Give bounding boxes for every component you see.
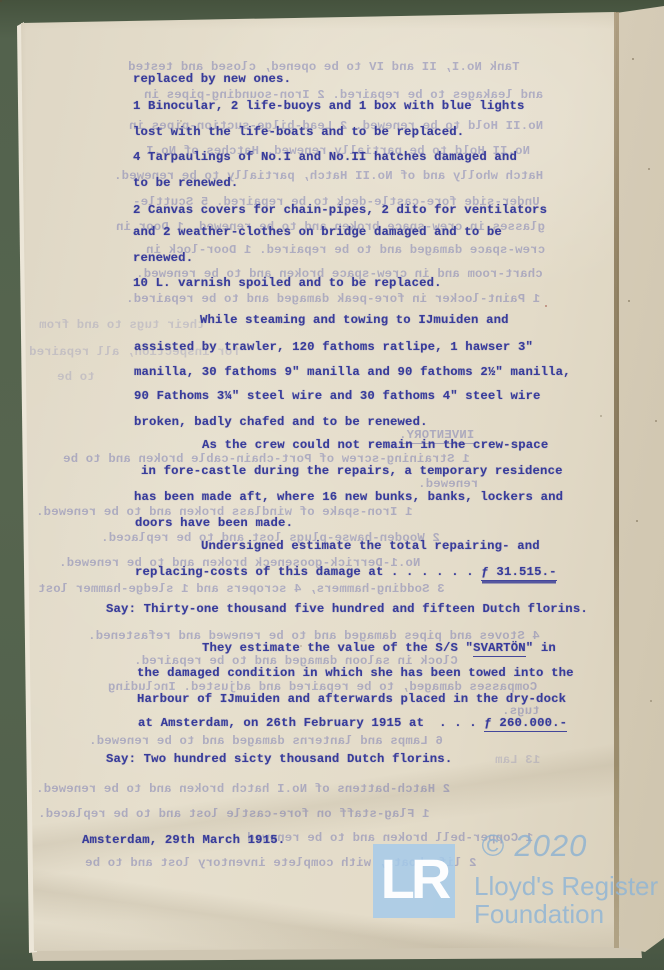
page-fold-edge xyxy=(614,12,619,948)
scanned-document-canvas: Tank No.I, II and IV to be opened, close… xyxy=(0,0,664,970)
paper-specks xyxy=(0,0,2,2)
document-page xyxy=(0,0,664,970)
